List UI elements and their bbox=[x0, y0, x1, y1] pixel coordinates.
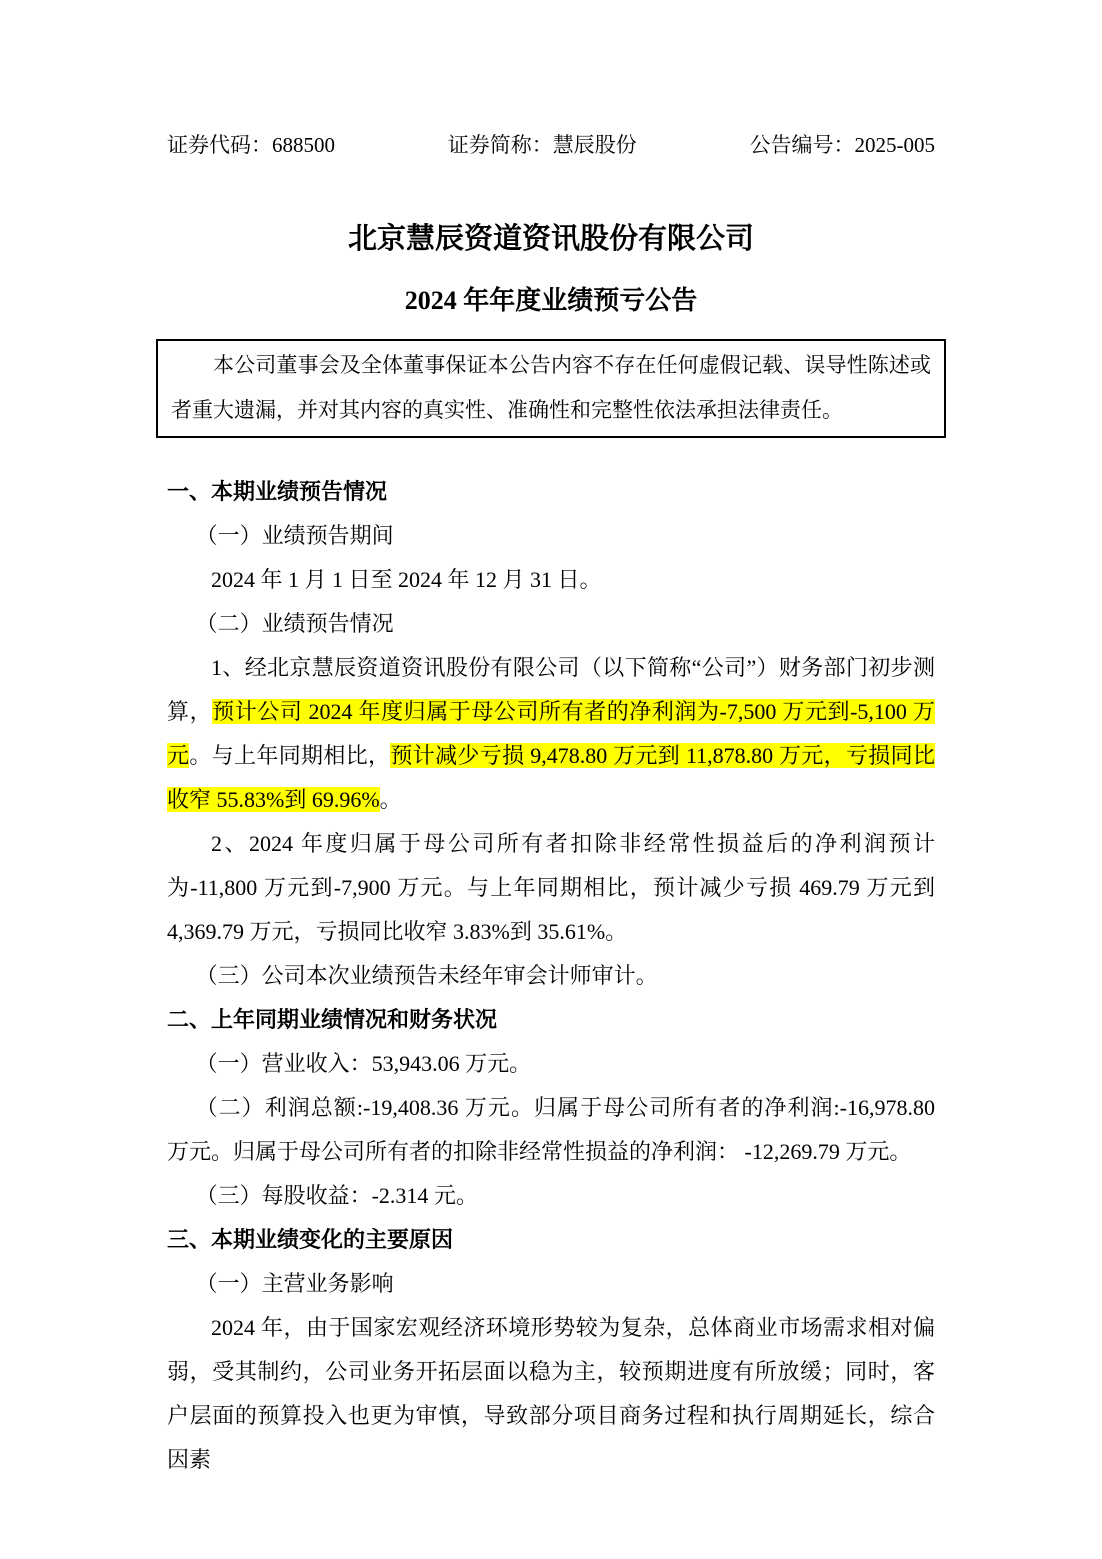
company-title: 北京慧辰资道资讯股份有限公司 bbox=[167, 221, 935, 258]
section3-heading: 三、本期业绩变化的主要原因 bbox=[167, 1218, 935, 1262]
stock-abbr: 证券简称：慧辰股份 bbox=[448, 132, 637, 159]
document-page: 证券代码：688500 证券简称：慧辰股份 公告编号：2025-005 北京慧辰… bbox=[0, 0, 1102, 1559]
stock-code: 证券代码：688500 bbox=[167, 132, 335, 159]
announcement-number: 公告编号：2025-005 bbox=[750, 132, 936, 159]
section2-heading: 二、上年同期业绩情况和财务状况 bbox=[167, 998, 935, 1042]
para1-segment-plain-2: 。与上年同期相比， bbox=[189, 743, 390, 768]
para1-segment-plain-3: 。 bbox=[380, 787, 402, 812]
announcement-title: 2024 年年度业绩预亏公告 bbox=[167, 284, 935, 317]
section1-item1-heading: （一）业绩预告期间 bbox=[167, 514, 935, 558]
forecast-paragraph-2: 2、2024 年度归属于母公司所有者扣除非经常性损益后的净利润预计为-11,80… bbox=[167, 822, 935, 954]
section1-item2-heading: （二）业绩预告情况 bbox=[167, 602, 935, 646]
disclaimer-box: 本公司董事会及全体董事保证本公告内容不存在任何虚假记载、误导性陈述或者重大遗漏，… bbox=[156, 339, 946, 438]
section1-item3: （三）公司本次业绩预告未经年审会计师审计。 bbox=[167, 954, 935, 998]
eps-line: （三）每股收益：-2.314 元。 bbox=[167, 1174, 935, 1218]
revenue-line: （一）营业收入：53,943.06 万元。 bbox=[167, 1042, 935, 1086]
reason-paragraph: 2024 年，由于国家宏观经济环境形势较为复杂，总体商业市场需求相对偏弱，受其制… bbox=[167, 1306, 935, 1482]
section1-heading: 一、本期业绩预告情况 bbox=[167, 470, 935, 514]
document-body: 一、本期业绩预告情况 （一）业绩预告期间 2024 年 1 月 1 日至 202… bbox=[167, 470, 935, 1482]
disclaimer-text: 本公司董事会及全体董事保证本公告内容不存在任何虚假记载、误导性陈述或者重大遗漏，… bbox=[171, 343, 931, 433]
forecast-period: 2024 年 1 月 1 日至 2024 年 12 月 31 日。 bbox=[167, 558, 935, 602]
document-header: 证券代码：688500 证券简称：慧辰股份 公告编号：2025-005 bbox=[167, 132, 935, 159]
document-content: 证券代码：688500 证券简称：慧辰股份 公告编号：2025-005 北京慧辰… bbox=[0, 0, 1102, 1482]
forecast-paragraph-1: 1、经北京慧辰资道资讯股份有限公司（以下简称“公司”）财务部门初步测算，预计公司… bbox=[167, 646, 935, 822]
profit-line: （二）利润总额:-19,408.36 万元。归属于母公司所有者的净利润:-16,… bbox=[167, 1086, 935, 1174]
section3-item1: （一）主营业务影响 bbox=[167, 1262, 935, 1306]
